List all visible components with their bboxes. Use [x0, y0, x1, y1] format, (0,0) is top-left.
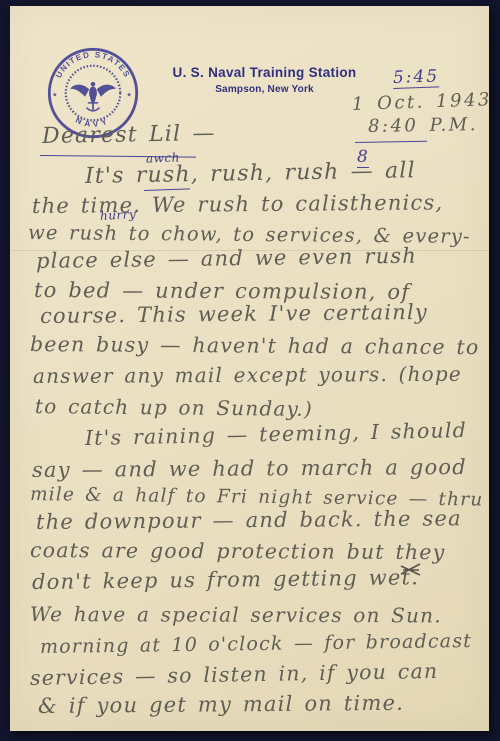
handwritten-line-14: coats are good protection but they: [30, 540, 446, 563]
seal-top-text: UNITED STATES: [54, 50, 132, 79]
handwritten-line-11: say — and we had to march a good: [32, 457, 467, 481]
handwritten-line-19: & if you get my mail on time.: [38, 693, 404, 717]
handwritten-time: 8:40 P.M.: [368, 116, 478, 136]
handwritten-line-10: It's raining — teeming, I should: [85, 420, 467, 448]
handwritten-line-1: It's rush, rush, rush — all: [85, 160, 416, 188]
handwritten-line-18: services — so listen in, if you can: [30, 661, 439, 689]
rush-underline-stroke: [144, 188, 190, 191]
svg-text:UNITED STATES: UNITED STATES: [54, 50, 132, 79]
letter-greeting: Dearest Lil —: [42, 123, 216, 148]
handwritten-line-7: been busy — haven't had a chance to: [30, 334, 480, 358]
handwritten-line-8: answer any mail except yours. (hope: [33, 364, 462, 386]
handwritten-line-4: place else — and we even rush: [36, 246, 417, 272]
handwritten-date: 1 Oct. 1943: [352, 91, 493, 114]
letter-paper: UNITED STATES NAVY ★ ★ U. S. Naval Train…: [10, 6, 489, 731]
handwritten-time-note: 5:45: [393, 68, 440, 89]
handwritten-line-13: the downpour — and back. the sea: [36, 508, 462, 533]
handwritten-line-17: morning at 10 o'clock — for broadcast: [40, 632, 472, 657]
handwritten-line-9: to catch up on Sunday.): [35, 396, 313, 419]
eagle-anchor-icon: [70, 82, 116, 111]
scanned-letter-photo: { "seal": { "top_text": "UNITED STATES",…: [0, 0, 500, 741]
time-underline-stroke: [355, 141, 427, 143]
handwritten-line-2: the time. We rush to calisthenics,: [32, 192, 443, 217]
handwritten-line-16: We have a special services on Sun.: [30, 604, 442, 625]
seal-star-left-icon: ★: [52, 91, 57, 98]
letterhead-title: U. S. Naval Training Station: [122, 65, 407, 80]
handwritten-line-15: don't keep us from getting wet.: [32, 567, 419, 593]
handwritten-line-5: to bed — under compulsion, of: [34, 280, 410, 303]
handwritten-line-6: course. This week I've certainly: [40, 302, 428, 327]
letterhead: U. S. Naval Training Station Sampson, Ne…: [122, 65, 407, 95]
